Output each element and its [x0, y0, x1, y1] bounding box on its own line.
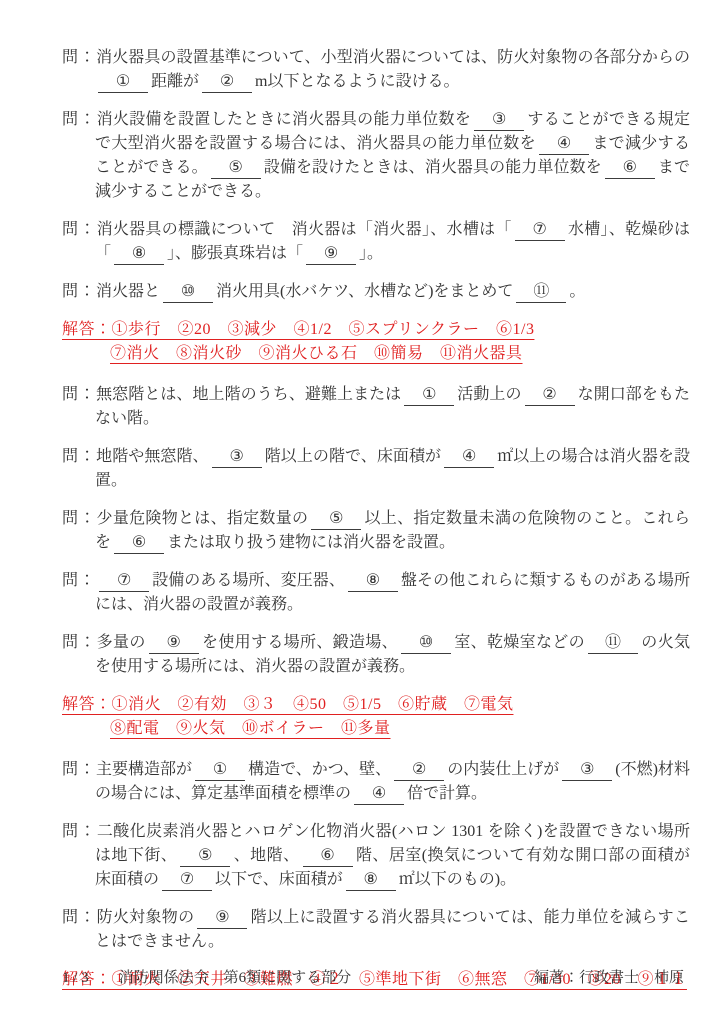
question-text: 階以上の階で、床面積が	[265, 448, 442, 465]
blank-field: ⑦	[162, 870, 212, 891]
answer-text: ⑧配電 ⑨火気 ⑩ボイラー ⑪多量	[110, 720, 391, 737]
blank-field: ⑩	[163, 282, 213, 303]
question-paragraph: 問：主要構造部が①構造で、かつ、壁、②の内装仕上げが③(不燃)材料の場合には、算…	[62, 758, 690, 806]
question-text: 構造で、かつ、壁、	[248, 761, 391, 778]
question-text: または取り扱う建物には消火器を設置。	[167, 534, 455, 551]
blank-field: ①	[98, 72, 148, 93]
blank-field: ③	[212, 447, 262, 468]
blank-field: ①	[195, 760, 245, 781]
question-block: 問：主要構造部が①構造で、かつ、壁、②の内装仕上げが③(不燃)材料の場合には、算…	[62, 758, 690, 806]
question-block: 問：⑦設備のある場所、変圧器、⑧盤その他これらに類するものがある場所には、消火器…	[62, 569, 690, 617]
blank-field: ②	[202, 72, 252, 93]
blank-field: ⑦	[515, 220, 565, 241]
question-paragraph: 問：無窓階とは、地上階のうち、避難上または①活動上の②な開口部をもたない階。	[62, 383, 690, 431]
question-text: 少量危険物とは、指定数量の	[97, 510, 309, 527]
answer-text: ①消火 ②有効 ③３ ④50 ⑤1/5 ⑥貯蔵 ⑦電気	[112, 696, 514, 713]
question-label: 問：	[62, 909, 97, 926]
question-block: 問：少量危険物とは、指定数量の⑤以上、指定数量未満の危険物のこと。これらを⑥また…	[62, 507, 690, 555]
question-paragraph: 問：消火器具の設置基準について、小型消火器については、防火対象物の各部分からの①…	[62, 46, 690, 94]
question-text: 、地階、	[233, 847, 299, 864]
answer-block: 解答：①消火 ②有効 ③３ ④50 ⑤1/5 ⑥貯蔵 ⑦電気⑧配電 ⑨火気 ⑩ボ…	[62, 693, 690, 741]
blank-field: ④	[354, 784, 404, 805]
blank-field: ⑨	[197, 908, 247, 929]
footer-left: 1 / 3 消防関係法令 第6類に関する部分	[62, 968, 351, 988]
question-text: 倍で計算。	[407, 785, 487, 802]
answer-line: ⑦消火 ⑧消火砂 ⑨消火ひる石 ⑩簡易 ⑪消火器具	[110, 342, 690, 366]
question-label: 問：	[62, 572, 96, 589]
answer-text: ①歩行 ②20 ③減少 ④1/2 ⑤スプリンクラー ⑥1/3	[112, 321, 535, 338]
answer-label: 解答：	[62, 696, 112, 713]
blank-field: ⑨	[149, 633, 199, 654]
question-paragraph: 問：⑦設備のある場所、変圧器、⑧盤その他これらに類するものがある場所には、消火器…	[62, 569, 690, 617]
question-block: 問：消火器具の標識について 消火器は「消火器」、水槽は「⑦水槽」、乾燥砂は「⑧」…	[62, 218, 690, 266]
question-text: 消火用具(水バケツ、水槽など)をまとめて	[216, 283, 513, 300]
blank-field: ⑤	[311, 509, 361, 530]
question-text: 」、膨張真珠岩は「	[167, 245, 303, 262]
blank-field: ④	[539, 134, 589, 155]
blank-field: ①	[404, 385, 454, 406]
page-indicator: 1 / 3	[62, 968, 89, 988]
question-text: 消火器と	[96, 283, 160, 300]
question-text: 活動上の	[457, 386, 521, 403]
question-block: 問：多量の⑨を使用する場所、鍛造場、⑩室、乾燥室などの⑪の火気を使用する場所には…	[62, 631, 690, 679]
blank-field: ③	[562, 760, 612, 781]
footer-credit: 編著：行政書士 柿原	[534, 968, 684, 988]
question-label: 問：	[62, 448, 96, 465]
question-text: 多量の	[97, 634, 146, 651]
question-text: 距離が	[151, 73, 199, 90]
question-label: 問：	[62, 386, 96, 403]
question-label: 問：	[62, 283, 96, 300]
question-text: 無窓階とは、地上階のうち、避難上または	[96, 386, 401, 403]
blank-field: ⑨	[306, 244, 356, 265]
question-text: 設備を設けたときは、消火器具の能力単位数を	[264, 159, 602, 176]
question-block: 問：無窓階とは、地上階のうち、避難上または①活動上の②な開口部をもたない階。	[62, 383, 690, 431]
question-text: 消火器具の標識について 消火器は「消火器」、水槽は「	[97, 221, 512, 238]
question-paragraph: 問：二酸化炭素消火器とハロゲン化物消火器(ハロン 1301 を除く)を設置できな…	[62, 820, 690, 892]
question-paragraph: 問：地階や無窓階、③階以上の階で、床面積が④㎡以上の場合は消火器を設置。	[62, 445, 690, 493]
question-label: 問：	[62, 49, 96, 66]
blank-field: ⑤	[211, 158, 261, 179]
blank-field: ⑩	[401, 633, 451, 654]
page-footer: 1 / 3 消防関係法令 第6類に関する部分 編著：行政書士 柿原	[62, 968, 684, 988]
question-text: 防火対象物の	[97, 909, 195, 926]
question-text: 室、乾燥室などの	[454, 634, 585, 651]
answer-text: ⑦消火 ⑧消火砂 ⑨消火ひる石 ⑩簡易 ⑪消火器具	[110, 345, 523, 362]
question-block: 問：防火対象物の⑨階以上に設置する消火器具については、能力単位を減らすことはでき…	[62, 906, 690, 954]
question-text: m以下となるように設ける。	[255, 73, 459, 90]
question-text: 消火器具の設置基準について、小型消火器については、防火対象物の各部分からの	[96, 49, 690, 66]
blank-field: ⑥	[605, 158, 655, 179]
question-paragraph: 問：少量危険物とは、指定数量の⑤以上、指定数量未満の危険物のこと。これらを⑥また…	[62, 507, 690, 555]
blank-field: ②	[394, 760, 444, 781]
question-text: 地階や無窓階、	[96, 448, 208, 465]
footer-doc-title: 消防関係法令 第6類に関する部分	[119, 968, 352, 988]
blank-field: ⑦	[99, 571, 149, 592]
question-text: 主要構造部が	[96, 761, 192, 778]
blank-field: ⑪	[516, 282, 566, 303]
blank-field: ③	[474, 110, 524, 131]
question-text: を使用する場所、鍛造場、	[202, 634, 398, 651]
blank-field: ②	[525, 385, 575, 406]
question-block: 問：消火器と⑩消火用具(水バケツ、水槽など)をまとめて⑪。	[62, 280, 690, 304]
document-body: 問：消火器具の設置基準について、小型消火器については、防火対象物の各部分からの①…	[62, 46, 690, 992]
question-paragraph: 問：多量の⑨を使用する場所、鍛造場、⑩室、乾燥室などの⑪の火気を使用する場所には…	[62, 631, 690, 679]
question-text: の内装仕上げが	[447, 761, 559, 778]
question-label: 問：	[62, 510, 97, 527]
question-text: 設備のある場所、変圧器、	[152, 572, 345, 589]
question-text: 消火設備を設置したときに消火器具の能力単位数を	[97, 111, 472, 128]
blank-field: ⑧	[114, 244, 164, 265]
blank-field: ⑥	[303, 846, 353, 867]
blank-field: ⑥	[114, 533, 164, 554]
question-text: ㎡以下のもの)。	[399, 871, 516, 888]
question-label: 問：	[62, 221, 97, 238]
question-label: 問：	[62, 634, 97, 651]
answer-line: 解答：①消火 ②有効 ③３ ④50 ⑤1/5 ⑥貯蔵 ⑦電気	[62, 693, 690, 717]
question-block: 問：地階や無窓階、③階以上の階で、床面積が④㎡以上の場合は消火器を設置。	[62, 445, 690, 493]
document-page: 問：消火器具の設置基準について、小型消火器については、防火対象物の各部分からの①…	[0, 0, 724, 1024]
question-paragraph: 問：防火対象物の⑨階以上に設置する消火器具については、能力単位を減らすことはでき…	[62, 906, 690, 954]
question-block: 問：二酸化炭素消火器とハロゲン化物消火器(ハロン 1301 を除く)を設置できな…	[62, 820, 690, 892]
question-text: 以下で、床面積が	[215, 871, 343, 888]
question-paragraph: 問：消火設備を設置したときに消火器具の能力単位数を③することができる規定で大型消…	[62, 108, 690, 204]
question-block: 問：消火設備を設置したときに消火器具の能力単位数を③することができる規定で大型消…	[62, 108, 690, 204]
blank-field: ⑤	[180, 846, 230, 867]
question-text: 」。	[359, 245, 383, 262]
answer-line: ⑧配電 ⑨火気 ⑩ボイラー ⑪多量	[110, 717, 690, 741]
question-paragraph: 問：消火器と⑩消火用具(水バケツ、水槽など)をまとめて⑪。	[62, 280, 690, 304]
blank-field: ④	[444, 447, 494, 468]
blank-field: ⑪	[588, 633, 638, 654]
question-paragraph: 問：消火器具の標識について 消火器は「消火器」、水槽は「⑦水槽」、乾燥砂は「⑧」…	[62, 218, 690, 266]
question-label: 問：	[62, 761, 96, 778]
blank-field: ⑧	[346, 870, 396, 891]
blank-field: ⑧	[348, 571, 398, 592]
question-block: 問：消火器具の設置基準について、小型消火器については、防火対象物の各部分からの①…	[62, 46, 690, 94]
question-label: 問：	[62, 111, 97, 128]
answer-block: 解答：①歩行 ②20 ③減少 ④1/2 ⑤スプリンクラー ⑥1/3⑦消火 ⑧消火…	[62, 318, 690, 366]
answer-label: 解答：	[62, 321, 112, 338]
question-text: 。	[569, 283, 585, 300]
question-label: 問：	[62, 823, 97, 840]
answer-line: 解答：①歩行 ②20 ③減少 ④1/2 ⑤スプリンクラー ⑥1/3	[62, 318, 690, 342]
